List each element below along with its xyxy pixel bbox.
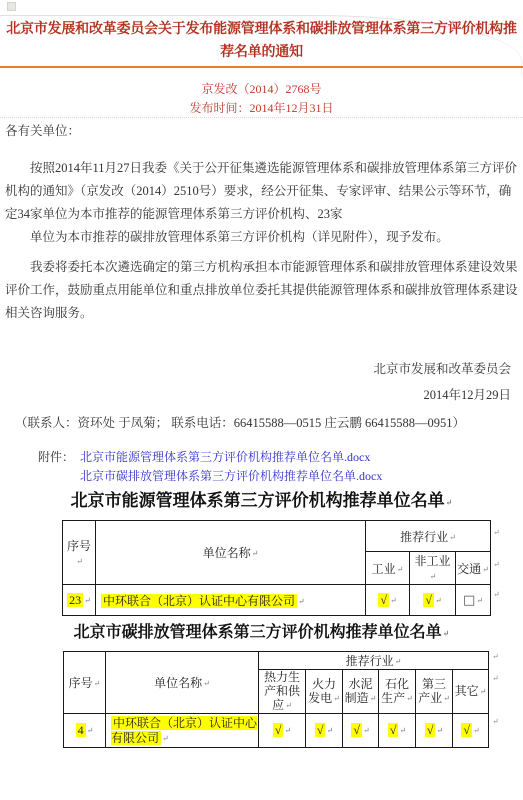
body-paragraph-2: 单位为本市推荐的碳排放管理体系第三方评价机构（详见附件），现予发布。 [5,226,518,249]
pilcrow-mark: ↵ [333,694,340,703]
carbon-table-title: 北京市碳排放管理体系第三方评价机构推荐单位名单↵ [0,622,523,645]
unit-name-cell: 中环联合（北京）认证中心有限公司↵ [96,585,366,616]
energy-table-section: 北京市能源管理体系第三方评价机构推荐单位名单↵ 序号↵ 单位名称↵ 推荐行业↵ … [0,490,523,616]
pilcrow-mark: ↵ [252,549,259,558]
col-header-name: 单位名称↵ [96,521,366,585]
check-cell-non-industrial: √↵ [410,585,456,616]
col-header-seq: 序号↵ [63,521,96,585]
pilcrow-mark: ↵ [87,726,94,735]
check-cell-tertiary: √↵ [416,714,453,748]
table-row: 23↵ 中环联合（北京）认证中心有限公司↵ √↵ √↵ □↵ [63,585,491,616]
contact-line: （联系人：资环处 于凤菊； 联系电话：66415588—0515 庄云鹏 664… [5,412,518,435]
col-header-non-industrial: 非工业↵ [410,552,456,585]
pilcrow-mark: ↵ [493,590,500,599]
pilcrow-mark: ↵ [443,629,450,638]
pilcrow-mark: ↵ [492,674,499,683]
pilcrow-mark: ↵ [370,694,377,703]
attachments-block: 附件： 北京市能源管理体系第三方评价机构推荐单位名单.docx 北京市碳排放管理… [38,448,523,486]
checkmark: √ [425,723,436,737]
pilcrow-mark: ↵ [449,533,456,542]
check-cell-thermal-power: √↵ [306,714,343,748]
checkmark: √ [273,723,284,737]
pilcrow-mark: ↵ [476,596,483,605]
pilcrow-mark: ↵ [84,596,91,605]
energy-table: 序号↵ 单位名称↵ 推荐行业↵ 工业↵ 非工业↵ 交通↵ 23↵ 中环联合（北京… [62,520,491,616]
pilcrow-mark: ↵ [203,679,210,688]
pilcrow-mark: ↵ [285,701,292,710]
check-cell-industrial: √↵ [366,585,410,616]
check-cell-heat-supply: √↵ [259,714,306,748]
col-header-industrial: 工业↵ [366,552,410,585]
col-header-other: 其它↵ [453,670,489,714]
pilcrow-mark: ↵ [473,726,480,735]
attachment-link-carbon-docx[interactable]: 北京市碳排放管理体系第三方评价机构推荐单位名单.docx [80,467,382,486]
body-paragraph-3: 我委将委托本次遴选确定的第三方机构承担本市能源管理体系和碳排放管理体系建设效果评… [5,256,518,325]
pilcrow-mark: ↵ [492,717,499,726]
checkmark: √ [378,593,389,607]
check-cell-petrochemical: √↵ [379,714,416,748]
pilcrow-mark: ↵ [430,572,437,581]
carbon-table-section: 北京市碳排放管理体系第三方评价机构推荐单位名单↵ 序号↵ 单位名称↵ 推荐行业↵… [0,622,523,748]
signature-date: 2014年12月29日 [5,384,518,407]
pilcrow-mark: ↵ [76,557,83,566]
salutation: 各有关单位： [5,120,518,143]
col-header-tertiary: 第三产业↵ [416,670,453,714]
col-header-seq: 序号↵ [64,652,106,714]
pilcrow-mark: ↵ [284,726,291,735]
seq-cell: 23↵ [63,585,96,616]
pilcrow-mark: ↵ [162,734,169,743]
pilcrow-mark: ↵ [94,679,101,688]
check-cell-transport: □↵ [456,585,491,616]
pilcrow-mark: ↵ [435,596,442,605]
col-header-name: 单位名称↵ [106,652,259,714]
pilcrow-mark: ↵ [493,560,500,569]
pilcrow-mark: ↵ [397,565,404,574]
col-header-thermal-power: 火力发电↵ [306,670,343,714]
carbon-table: 序号↵ 单位名称↵ 推荐行业↵ 热力生产和供应↵ 火力发电↵ 水泥制造↵ 石化生… [63,651,489,748]
col-header-transport: 交通↵ [456,552,491,585]
publish-date: 发布时间：2014年12月31日 [0,99,523,116]
doc-number: 京发改（2014）2768号 [0,80,523,97]
attachments-label: 附件： [38,448,74,486]
notice-body: 各有关单位： 按照2014年11月27日我委《关于公开征集遴选能源管理体系和碳排… [5,120,518,448]
col-header-heat-supply: 热力生产和供应↵ [259,670,306,714]
col-header-industries: 推荐行业↵ [366,521,491,552]
pilcrow-mark: ↵ [298,597,305,606]
pilcrow-mark: ↵ [406,694,413,703]
pilcrow-mark: ↵ [436,726,443,735]
attachment-link-energy-docx[interactable]: 北京市能源管理体系第三方评价机构推荐单位名单.docx [80,448,382,467]
pilcrow-mark: ↵ [446,498,453,507]
check-cell-other: √↵ [453,714,489,748]
signature-organization: 北京市发展和改革委员会 [5,358,518,381]
table-row: 4↵ 中环联合（北京）认证中心有限公司↵ √↵ √↵ √↵ √↵ √↵ √↵ [64,714,489,748]
pilcrow-mark: ↵ [480,687,487,696]
pilcrow-mark: ↵ [390,596,397,605]
unit-name-cell: 中环联合（北京）认证中心有限公司↵ [106,714,259,748]
pilcrow-mark: ↵ [493,528,500,537]
col-header-cement: 水泥制造↵ [343,670,379,714]
pilcrow-mark: ↵ [326,726,333,735]
notice-page: 北京市发展和改革委员会关于发布能源管理体系和碳排放管理体系第三方评价机构推荐名单… [0,0,523,800]
pilcrow-mark: ↵ [399,726,406,735]
checkmark: √ [461,723,472,737]
body-paragraph-1: 按照2014年11月27日我委《关于公开征集遴选能源管理体系和碳排放管理体系第三… [5,157,518,226]
col-header-petrochemical: 石化生产↵ [379,670,416,714]
pilcrow-mark: ↵ [443,694,450,703]
meta-divider [0,117,523,118]
pilcrow-mark: ↵ [492,652,499,661]
empty-checkbox: □ [463,593,475,608]
placeholder-artifact-icon [7,2,16,11]
seq-cell: 4↵ [64,714,106,748]
col-header-industries: 推荐行业↵ [259,652,489,670]
check-cell-cement: √↵ [343,714,379,748]
checkmark: √ [423,593,434,607]
title-divider [0,66,523,68]
checkmark: √ [351,723,362,737]
page-title: 北京市发展和改革委员会关于发布能源管理体系和碳排放管理体系第三方评价机构推荐名单… [0,18,523,64]
pilcrow-mark: ↵ [482,565,489,574]
checkmark: √ [315,723,326,737]
pilcrow-mark: ↵ [395,657,402,666]
checkmark: √ [388,723,399,737]
energy-table-title: 北京市能源管理体系第三方评价机构推荐单位名单↵ [0,490,523,514]
pilcrow-mark: ↵ [363,726,370,735]
